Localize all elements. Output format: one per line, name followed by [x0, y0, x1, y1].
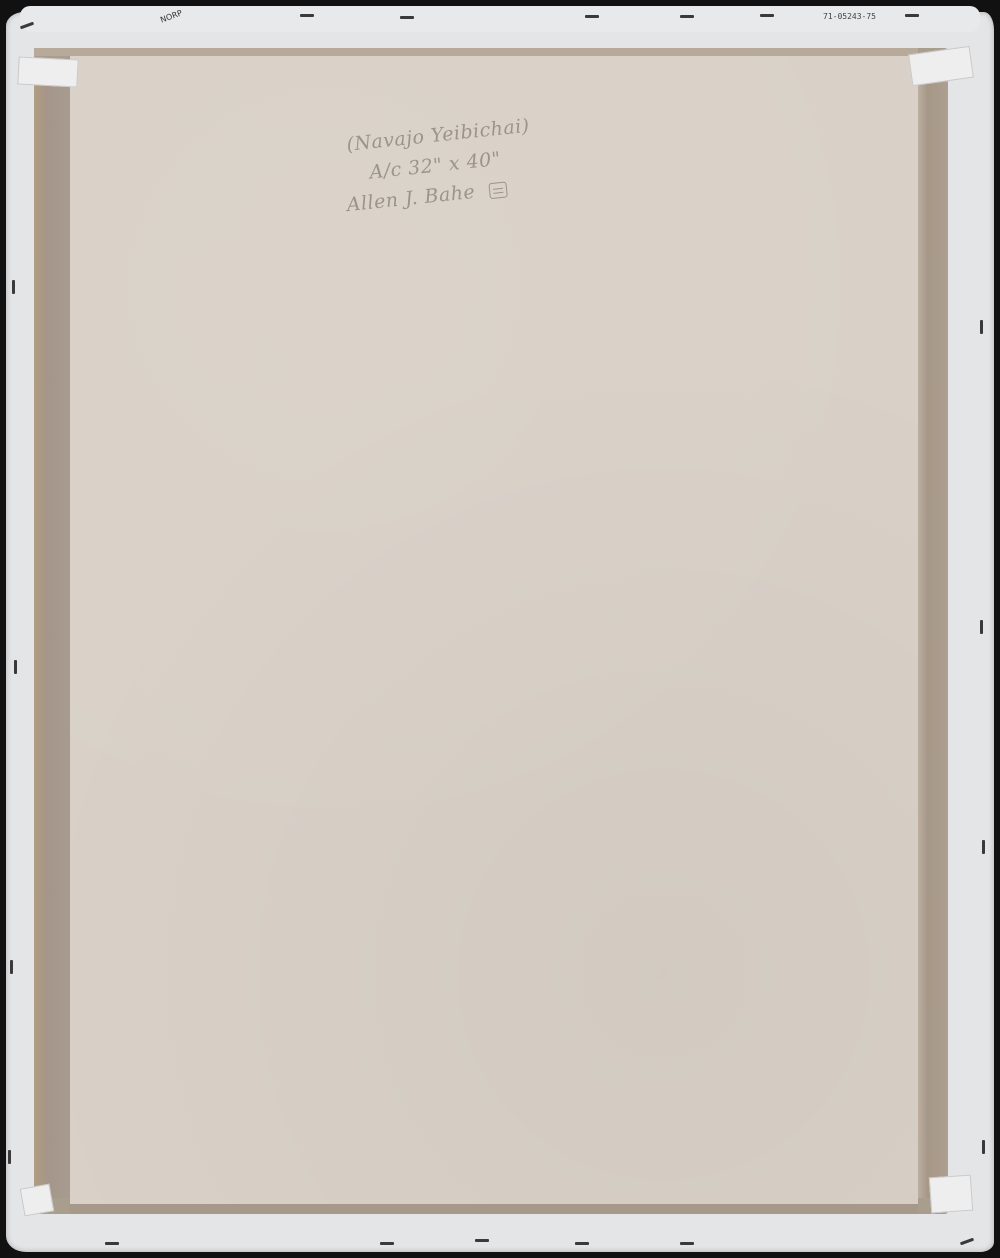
- staple-icon: [980, 320, 983, 334]
- staple-icon: [680, 1242, 694, 1245]
- staple-icon: [575, 1242, 589, 1245]
- staple-icon: [982, 1140, 985, 1154]
- staple-icon: [380, 1242, 394, 1245]
- corner-fold-bottom-left: [20, 1184, 54, 1217]
- staple-icon: [8, 1150, 11, 1164]
- staple-icon: [300, 14, 314, 17]
- staple-icon: [905, 14, 919, 17]
- artist-mark-icon: [489, 181, 509, 199]
- stretcher-bar-left: [34, 80, 74, 1198]
- stretcher-bar-top: [34, 48, 918, 56]
- stretcher-bar-right: [914, 80, 948, 1198]
- stretcher-bar-bottom: [70, 1204, 918, 1214]
- staple-icon: [105, 1242, 119, 1245]
- inventory-number: 71-05243-75: [823, 12, 876, 21]
- corner-fold-bottom-right: [929, 1175, 973, 1214]
- staple-icon: [475, 1239, 489, 1242]
- corner-fold-top-left: [17, 56, 78, 87]
- staple-icon: [760, 14, 774, 17]
- staple-icon: [982, 840, 985, 854]
- staple-icon: [680, 15, 694, 18]
- staple-icon: [12, 280, 15, 294]
- canvas-back-photo: NORP 71-05243-75 (Navajo Yeibichai) A/c …: [0, 0, 1000, 1258]
- staple-icon: [10, 960, 13, 974]
- pencil-inscription: (Navajo Yeibichai) A/c 32" x 40" Allen J…: [345, 111, 537, 220]
- canvas-back-surface: [70, 56, 918, 1204]
- staple-icon: [400, 16, 414, 19]
- staple-icon: [980, 620, 983, 634]
- staple-icon: [14, 660, 17, 674]
- staple-icon: [585, 15, 599, 18]
